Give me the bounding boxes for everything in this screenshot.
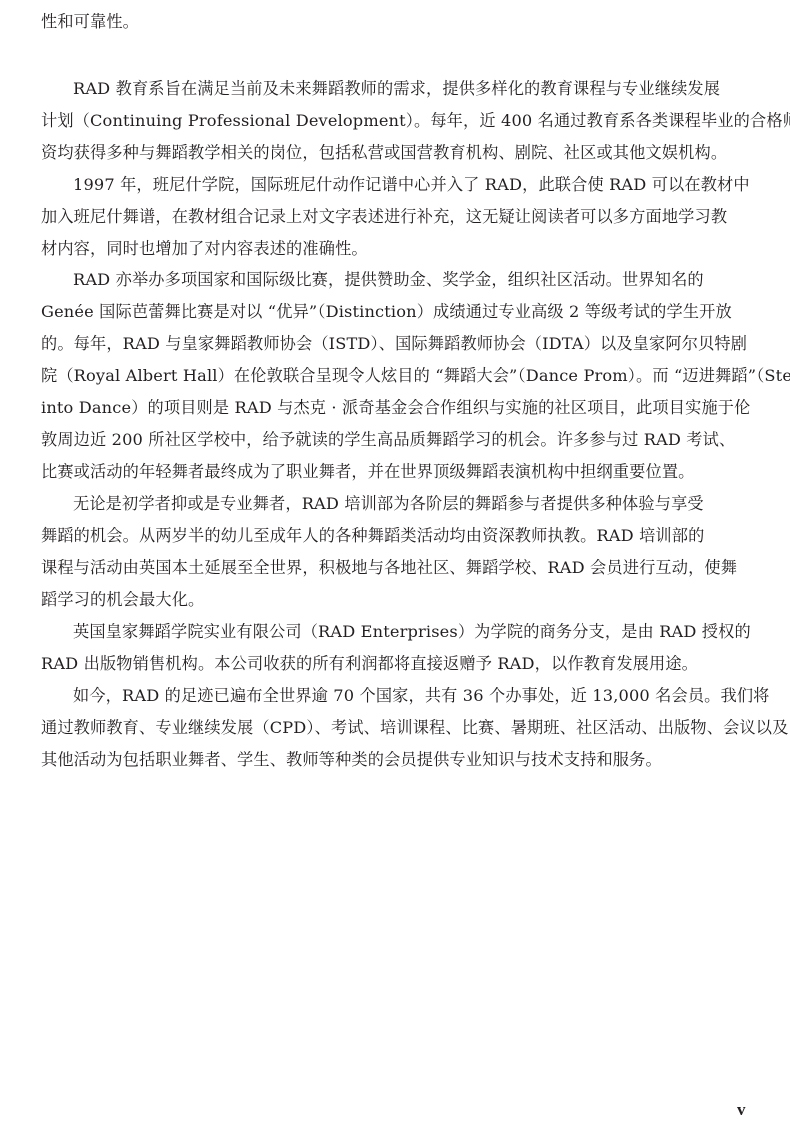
paragraph-5-line-2: 舞蹈的机会。从两岁半的幼儿至成年人的各种舞蹈类活动均由资深教师执教。RAD 培训… (41, 526, 705, 546)
paragraph-1-line-1: 性和可靠性。 (41, 12, 705, 32)
paragraph-3-line-1: 1997 年，班尼什学院，国际班尼什动作记谱中心并入了 RAD，此联合使 RAD… (73, 175, 705, 195)
paragraph-4-line-1: RAD 亦举办多项国家和国际级比赛，提供赞助金、奖学金，组织社区活动。世界知名的 (73, 270, 705, 290)
paragraph-4-line-5: into Dance）的项目则是 RAD 与杰克 · 派奇基金会合作组织与实施的… (41, 398, 705, 418)
paragraph-3-line-2: 加入班尼什舞谱，在教材组合记录上对文字表述进行补充，这无疑让阅读者可以多方面地学… (41, 207, 705, 227)
paragraph-7-line-2: 通过教师教育、专业继续发展（CPD）、考试、培训课程、比赛、暑期班、社区活动、出… (41, 718, 705, 738)
paragraph-7-line-1: 如今，RAD 的足迹已遍布全世界逾 70 个国家，共有 36 个办事处，近 13… (73, 686, 705, 706)
paragraph-3-line-3: 材内容，同时也增加了对内容表述的准确性。 (41, 239, 705, 259)
paragraph-4-line-3: 的。每年，RAD 与皇家舞蹈教师协会（ISTD）、国际舞蹈教师协会（IDTA）以… (41, 334, 705, 354)
paragraph-2-line-2: 计划（Continuing Professional Development）。… (41, 111, 705, 131)
page-number: v (737, 1100, 746, 1120)
paragraph-4-line-2: Genée 国际芭蕾舞比赛是对以 “优异”（Distinction）成绩通过专业… (41, 302, 705, 322)
paragraph-4-line-6: 敦周边近 200 所社区学校中，给予就读的学生高品质舞蹈学习的机会。许多参与过 … (41, 430, 705, 450)
paragraph-2-line-1: RAD 教育系旨在满足当前及未来舞蹈教师的需求，提供多样化的教育课程与专业继续发… (73, 79, 705, 99)
paragraph-5-line-3: 课程与活动由英国本土延展至全世界，积极地与各地社区、舞蹈学校、RAD 会员进行互… (41, 558, 705, 578)
paragraph-5-line-4: 蹈学习的机会最大化。 (41, 590, 705, 610)
paragraph-6-line-1: 英国皇家舞蹈学院实业有限公司（RAD Enterprises）为学院的商务分支，… (73, 622, 705, 642)
document-page: 性和可靠性。 RAD 教育系旨在满足当前及未来舞蹈教师的需求，提供多样化的教育课… (0, 0, 790, 1148)
paragraph-6-line-2: RAD 出版物销售机构。本公司收获的所有利润都将直接返赠予 RAD，以作教育发展… (41, 654, 705, 674)
paragraph-4-line-4: 院（Royal Albert Hall）在伦敦联合呈现令人炫目的 “舞蹈大会”（… (41, 366, 705, 386)
paragraph-4-line-7: 比赛或活动的年轻舞者最终成为了职业舞者，并在世界顶级舞蹈表演机构中担纲重要位置。 (41, 462, 705, 482)
paragraph-5-line-1: 无论是初学者抑或是专业舞者，RAD 培训部为各阶层的舞蹈参与者提供多种体验与享受 (73, 494, 705, 514)
paragraph-2-line-3: 资均获得多种与舞蹈教学相关的岗位，包括私营或国营教育机构、剧院、社区或其他文娱机… (41, 143, 705, 163)
paragraph-7-line-3: 其他活动为包括职业舞者、学生、教师等种类的会员提供专业知识与技术支持和服务。 (41, 750, 705, 770)
